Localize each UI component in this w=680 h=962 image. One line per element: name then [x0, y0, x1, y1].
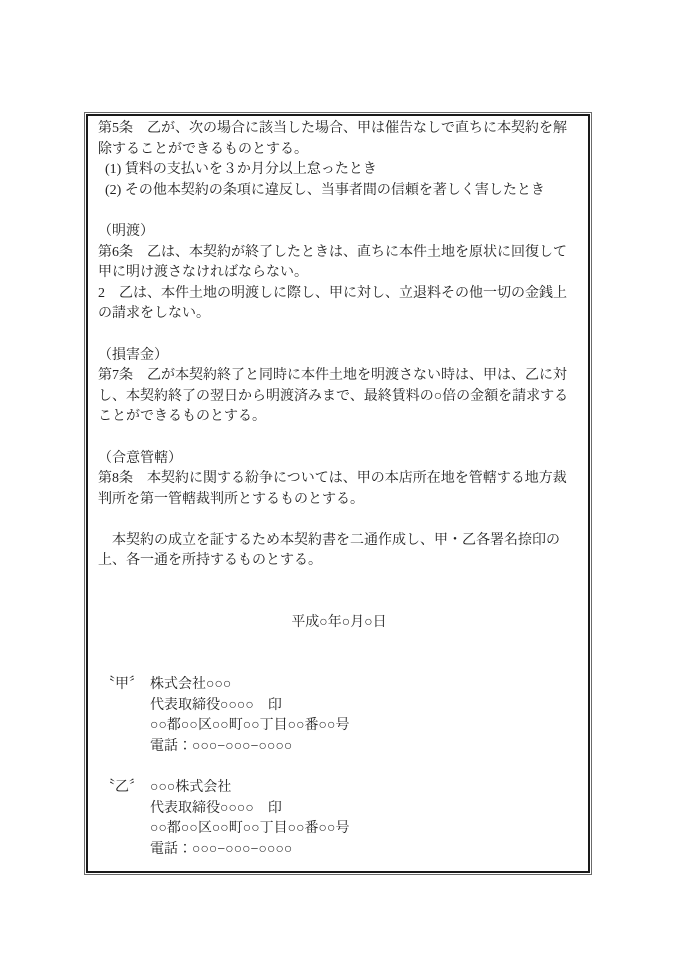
party-b-address: ○○都○○区○○町○○丁目○○番○○号: [150, 819, 580, 840]
article6-clause-2: 2 乙は、本件土地の明渡しに際し、甲に対し、立退料その他一切の金銭上の請求をしな…: [98, 284, 580, 325]
party-b-lines: ○○○株式会社 代表取締役○○○○ 印 ○○都○○区○○町○○丁目○○番○○号 …: [150, 778, 580, 860]
article6-heading: （明渡）: [98, 222, 580, 243]
blank-line: [98, 757, 580, 778]
contract-frame: 第5条 乙が、次の場合に該当した場合、甲は催告なしで直ちに本契約を解除することが…: [86, 114, 590, 873]
party-a-lines: 株式会社○○○ 代表取締役○○○○ 印 ○○都○○区○○町○○丁目○○番○○号 …: [150, 675, 580, 757]
article6-clause-1: 第6条 乙は、本契約が終了したときは、直ちに本件土地を原状に回復して甲に明け渡さ…: [98, 243, 580, 284]
blank-line: [98, 325, 580, 346]
blank-line: [98, 593, 580, 614]
party-b-phone: 電話：○○○−○○○−○○○○: [150, 840, 580, 861]
party-b-label: 〝乙〞: [98, 778, 150, 799]
party-b-block: 〝乙〞 ○○○株式会社 代表取締役○○○○ 印 ○○都○○区○○町○○丁目○○番…: [98, 778, 580, 860]
party-a-phone: 電話：○○○−○○○−○○○○: [150, 737, 580, 758]
article5-item-2: (2) その他本契約の条項に違反し、当事者間の信頼を著しく害したとき: [98, 181, 580, 202]
blank-line: [98, 654, 580, 675]
article5-body: 第5条 乙が、次の場合に該当した場合、甲は催告なしで直ちに本契約を解除することが…: [98, 119, 580, 160]
blank-line: [98, 201, 580, 222]
contract-sheet: 第5条 乙が、次の場合に該当した場合、甲は催告なしで直ちに本契約を解除することが…: [84, 112, 592, 875]
party-a-representative: 代表取締役○○○○ 印: [150, 696, 580, 717]
party-a-address: ○○都○○区○○町○○丁目○○番○○号: [150, 716, 580, 737]
blank-line: [98, 634, 580, 655]
contract-date: 平成○年○月○日: [98, 613, 580, 634]
blank-line: [98, 510, 580, 531]
party-a-label: 〝甲〞: [98, 675, 150, 696]
party-a-company: 株式会社○○○: [150, 675, 580, 696]
blank-line: [98, 572, 580, 593]
article8-clause-1: 第8条 本契約に関する紛争については、甲の本店所在地を管轄する地方裁判所を第一管…: [98, 469, 580, 510]
article7-clause-1: 第7条 乙が本契約終了と同時に本件土地を明渡さない時は、甲は、乙に対し、本契約終…: [98, 366, 580, 428]
party-b-representative: 代表取締役○○○○ 印: [150, 799, 580, 820]
blank-line: [98, 428, 580, 449]
article5-item-1: (1) 賃料の支払いを３か月分以上怠ったとき: [98, 160, 580, 181]
party-b-company: ○○○株式会社: [150, 778, 580, 799]
article7-heading: （損害金）: [98, 346, 580, 367]
closing-statement: 本契約の成立を証するため本契約書を二通作成し、甲・乙各署名捺印の上、各一通を所持…: [98, 531, 580, 572]
party-a-block: 〝甲〞 株式会社○○○ 代表取締役○○○○ 印 ○○都○○区○○町○○丁目○○番…: [98, 675, 580, 757]
article8-heading: （合意管轄）: [98, 449, 580, 470]
